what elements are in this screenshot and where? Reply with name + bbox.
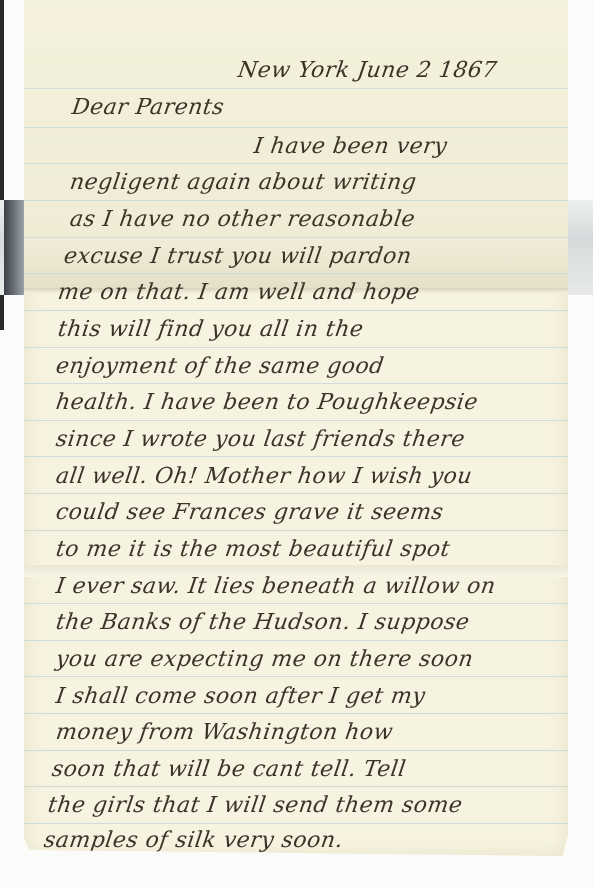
ruled-line (24, 163, 568, 164)
ruled-line (24, 127, 568, 128)
ruled-line (24, 200, 568, 201)
ruled-line (24, 750, 568, 751)
letter-line: all well. Oh! Mother how I wish you (54, 464, 474, 489)
ruled-line (24, 676, 568, 677)
letter-line: to me it is the most beautiful spot (54, 537, 451, 562)
ruled-line (24, 347, 568, 348)
letter-line: I have been very (252, 134, 449, 159)
scanner-shadow (4, 200, 24, 295)
ruled-line (24, 237, 568, 238)
letter-line: the girls that I will send them some (46, 793, 464, 818)
ruled-line (24, 88, 568, 89)
ruled-line (24, 456, 568, 457)
letter-line: money from Washington how (54, 720, 395, 745)
letter-salutation: Dear Parents (70, 95, 226, 120)
letter-line: since I wrote you last friends there (54, 427, 466, 452)
ruled-line (24, 713, 568, 714)
letter-line: I shall come soon after I get my (54, 684, 427, 709)
ruled-line (24, 493, 568, 494)
letter-line: could see Frances grave it seems (54, 500, 445, 525)
letter-line: the Banks of the Hudson. I suppose (54, 610, 471, 635)
letter-dateline: New York June 2 1867 (236, 58, 498, 83)
ruled-line (24, 420, 568, 421)
letter-line: you are expecting me on there soon (54, 647, 475, 672)
letter-line: this will find you all in the (56, 317, 365, 342)
letter-line: samples of silk very soon. (42, 828, 345, 853)
letter-line: negligent again about writing (68, 170, 418, 195)
letter-line: as I have no other reasonable (68, 207, 417, 232)
ruled-line (24, 310, 568, 311)
letter-line: me on that. I am well and hope (56, 280, 421, 305)
ruled-line (24, 786, 568, 787)
ruled-line (24, 530, 568, 531)
letter-line: excuse I trust you will pardon (62, 244, 413, 269)
ruled-line (24, 383, 568, 384)
ruled-line (24, 823, 568, 824)
letter-line: soon that will be cant tell. Tell (50, 757, 407, 782)
letter-page: New York June 2 1867 Dear Parents I have… (24, 0, 568, 856)
letter-line: enjoyment of the same good (54, 354, 385, 379)
ruled-line (24, 273, 568, 274)
letter-line: I ever saw. It lies beneath a willow on (54, 574, 497, 599)
ruled-line (24, 603, 568, 604)
letter-line: health. I have been to Poughkeepsie (54, 390, 480, 415)
ruled-line (24, 640, 568, 641)
